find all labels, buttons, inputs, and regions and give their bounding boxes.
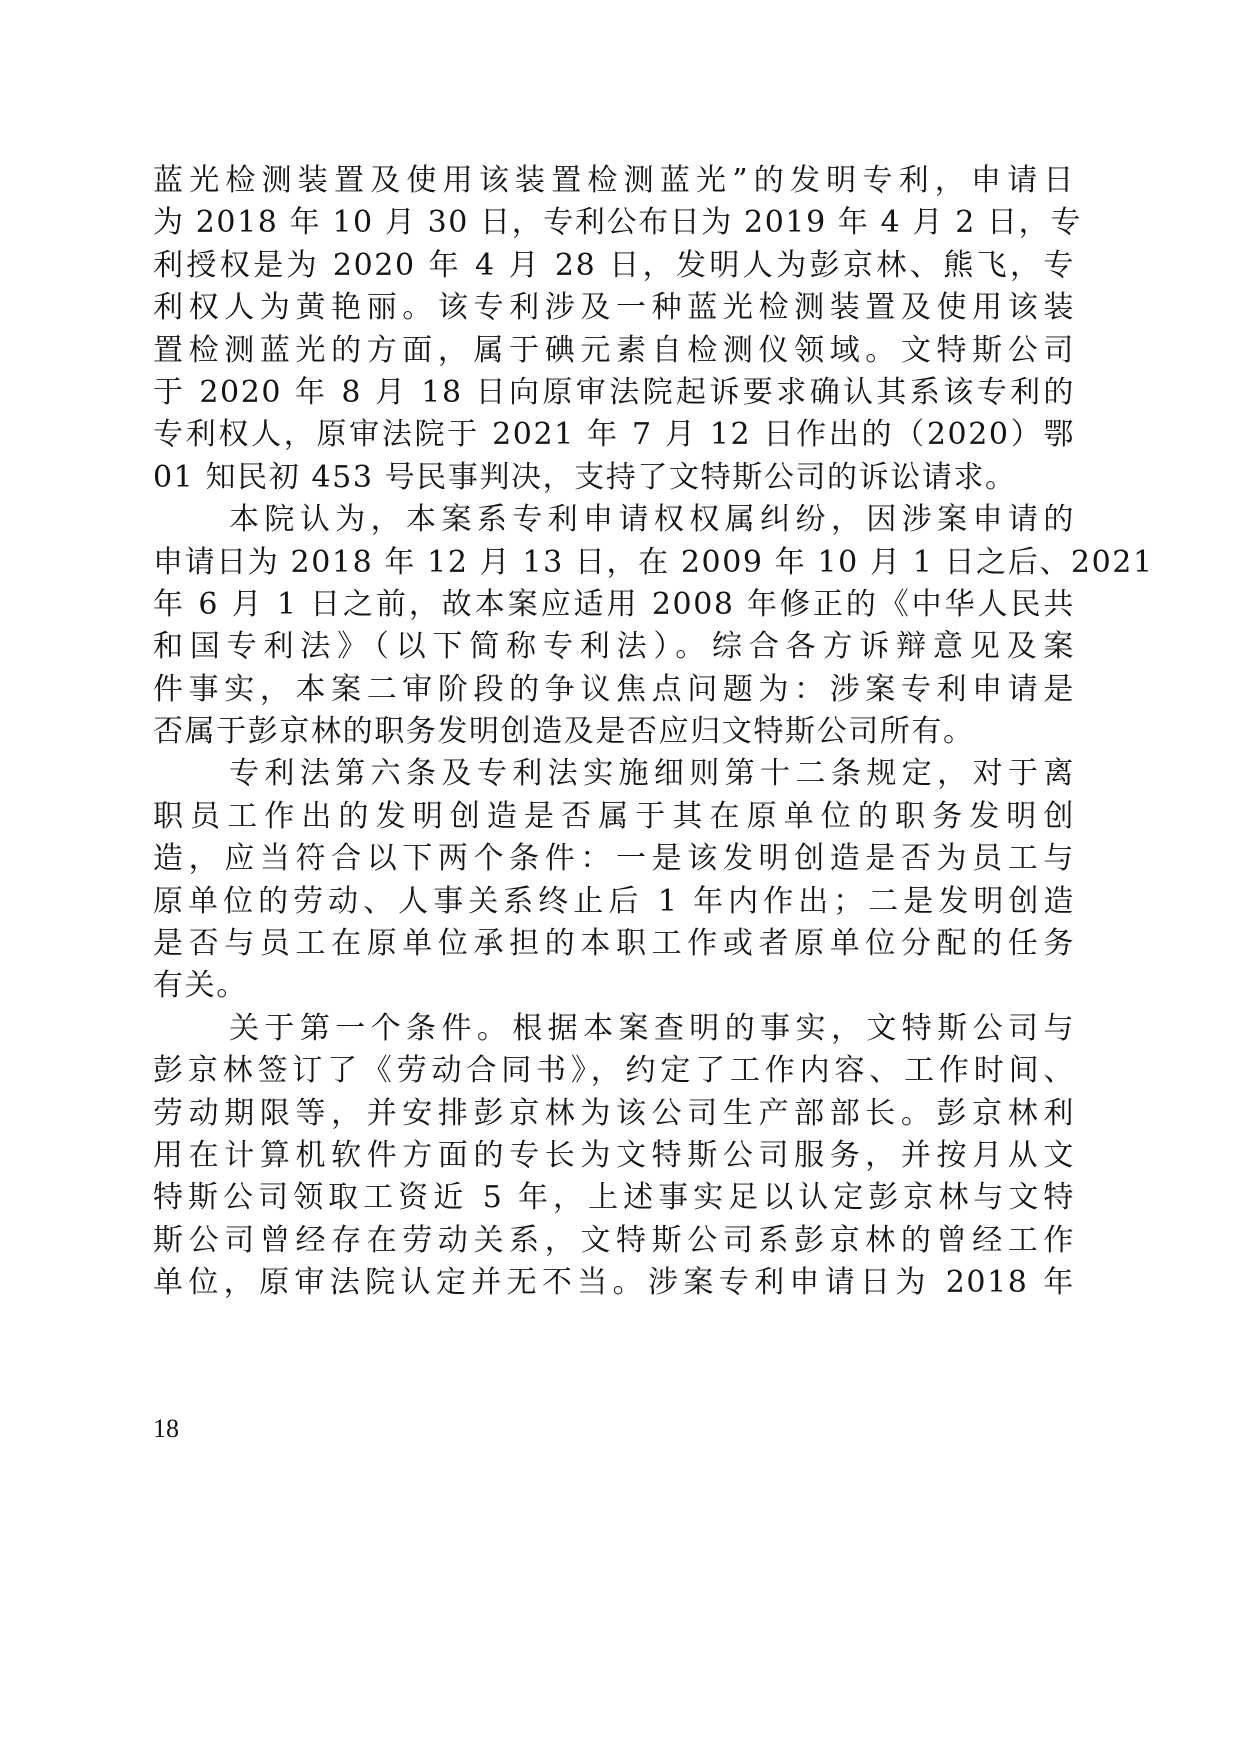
text-line: 彭京林签订了《劳动合同书》，约定了工作内容、工作时间、 (153, 1050, 1075, 1092)
paragraph: 蓝光检测装置及使用该装置检测蓝光”的发明专利，申请日 为 2018 年 10 月… (153, 160, 1075, 499)
text-line: 置检测蓝光的方面，属于碘元素自检测仪领域。文特斯公司 (153, 330, 1075, 372)
text-line: 01 知民初 453 号民事判决，支持了文特斯公司的诉讼请求。 (153, 457, 1075, 499)
document-page: 蓝光检测装置及使用该装置检测蓝光”的发明专利，申请日 为 2018 年 10 月… (0, 0, 1240, 1754)
text-line: 利授权是为 2020 年 4 月 28 日，发明人为彭京林、熊飞，专 (153, 245, 1075, 287)
text-line: 件事实，本案二审阶段的争议焦点问题为：涉案专利申请是 (153, 669, 1075, 711)
text-line: 单位，原审法院认定并无不当。涉案专利申请日为 2018 年 (153, 1262, 1075, 1304)
paragraph: 本院认为，本案系专利申请权权属纠纷，因涉案申请的 申请日为 2018 年 12 … (153, 499, 1075, 753)
text-line: 申请日为 2018 年 12 月 13 日，在 2009 年 10 月 1 日之… (153, 542, 1075, 584)
text-line: 否属于彭京林的职务发明创造及是否应归文特斯公司所有。 (153, 711, 1075, 753)
text-line: 有关。 (153, 965, 1075, 1007)
text-line: 是否与员工在原单位承担的本职工作或者原单位分配的任务 (153, 923, 1075, 965)
text-line: 关于第一个条件。根据本案查明的事实，文特斯公司与 (153, 1008, 1075, 1050)
text-line: 原单位的劳动、人事关系终止后 1 年内作出；二是发明创造 (153, 881, 1075, 923)
page-number: 18 (153, 1414, 179, 1444)
paragraph: 专利法第六条及专利法实施细则第十二条规定，对于离 职员工作出的发明创造是否属于其… (153, 753, 1075, 1007)
paragraph: 关于第一个条件。根据本案查明的事实，文特斯公司与 彭京林签订了《劳动合同书》，约… (153, 1008, 1075, 1305)
text-line: 职员工作出的发明创造是否属于其在原单位的职务发明创 (153, 796, 1075, 838)
text-line: 专利法第六条及专利法实施细则第十二条规定，对于离 (153, 753, 1075, 795)
text-line: 为 2018 年 10 月 30 日，专利公布日为 2019 年 4 月 2 日… (153, 202, 1075, 244)
text-line: 蓝光检测装置及使用该装置检测蓝光”的发明专利，申请日 (153, 160, 1075, 202)
text-line: 造，应当符合以下两个条件：一是该发明创造是否为员工与 (153, 838, 1075, 880)
text-line: 和国专利法》（以下简称专利法）。综合各方诉辩意见及案 (153, 626, 1075, 668)
text-line: 年 6 月 1 日之前，故本案应适用 2008 年修正的《中华人民共 (153, 584, 1075, 626)
text-line: 于 2020 年 8 月 18 日向原审法院起诉要求确认其系该专利的 (153, 372, 1075, 414)
text-line: 斯公司曾经存在劳动关系，文特斯公司系彭京林的曾经工作 (153, 1220, 1075, 1262)
text-line: 劳动期限等，并安排彭京林为该公司生产部部长。彭京林利 (153, 1093, 1075, 1135)
body-text: 蓝光检测装置及使用该装置检测蓝光”的发明专利，申请日 为 2018 年 10 月… (153, 160, 1075, 1305)
text-line: 专利权人，原审法院于 2021 年 7 月 12 日作出的（2020）鄂 (153, 414, 1075, 456)
text-line: 本院认为，本案系专利申请权权属纠纷，因涉案申请的 (153, 499, 1075, 541)
text-line: 用在计算机软件方面的专长为文特斯公司服务，并按月从文 (153, 1135, 1075, 1177)
text-line: 利权人为黄艳丽。该专利涉及一种蓝光检测装置及使用该装 (153, 287, 1075, 329)
text-line: 特斯公司领取工资近 5 年，上述事实足以认定彭京林与文特 (153, 1177, 1075, 1219)
